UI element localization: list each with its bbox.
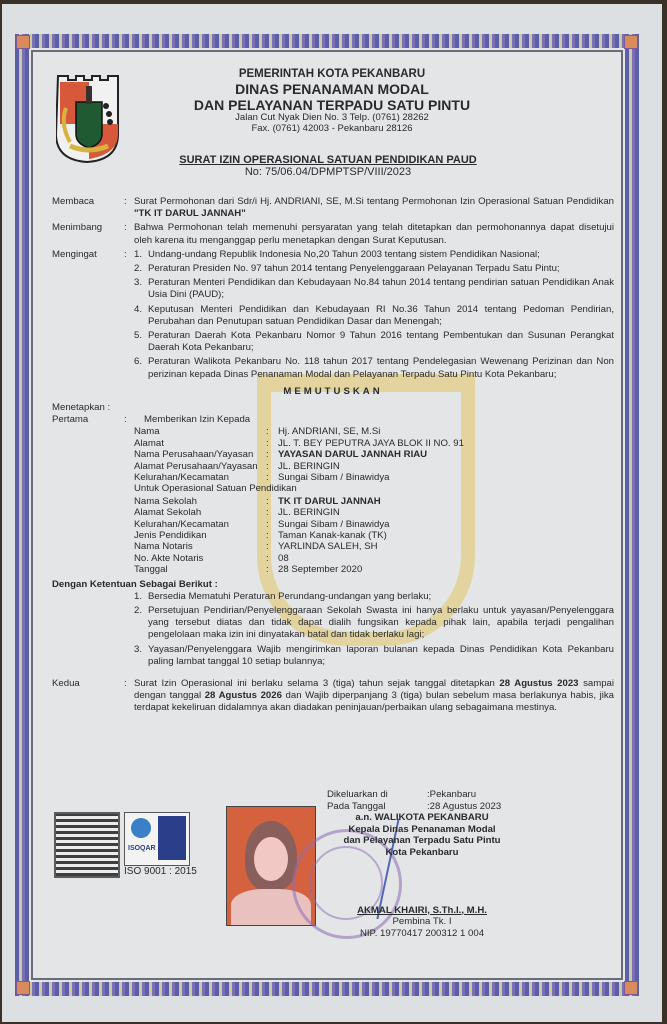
border-corner — [624, 981, 638, 995]
mengingat-item: 2.Peraturan Presiden No. 97 tahun 2014 t… — [134, 263, 614, 275]
field-row: Nama Sekolah:TK IT DARUL JANNAH — [52, 496, 614, 507]
field-row: Alamat Sekolah:JL. BERINGIN — [52, 507, 614, 518]
mengingat-item: 4.Keputusan Menteri Pendidikan dan Kebud… — [134, 304, 614, 328]
letterhead: PEMERINTAH KOTA PEKANBARU DINAS PENANAMA… — [132, 68, 532, 135]
field-row: No. Akte Notaris:08 — [52, 553, 614, 564]
field-row: Nama Perusahaan/Yayasan:YAYASAN DARUL JA… — [52, 449, 614, 460]
dept-name-2: DAN PELAYANAN TERPADU SATU PINTU — [132, 97, 532, 113]
qr-code[interactable] — [54, 812, 120, 878]
dept-name-1: DINAS PENANAMAN MODAL — [132, 81, 532, 97]
school-fields: Nama Sekolah:TK IT DARUL JANNAHAlamat Se… — [52, 496, 614, 576]
field-row: Alamat:JL. T. BEY PEPUTRA JAYA BLOK II N… — [52, 438, 614, 449]
ketentuan-item: 2.Persetujuan Pendirian/Penyelenggaraan … — [134, 605, 614, 642]
membaca-row: Membaca: Surat Permohonan dari Sdr/i Hj.… — [52, 196, 614, 220]
iso-certification-logo: ISOQAR — [124, 812, 190, 866]
memutuskan-heading: MEMUTUSKAN — [52, 386, 614, 398]
menimbang-row: Menimbang: Bahwa Permohonan telah memenu… — [52, 222, 614, 246]
field-row: Jenis Pendidikan:Taman Kanak-kanak (TK) — [52, 530, 614, 541]
field-row: Kelurahan/Kecamatan:Sungai Sibam / Binaw… — [52, 472, 614, 483]
border-corner — [16, 981, 30, 995]
document-title: SURAT IZIN OPERASIONAL SATUAN PENDIDIKAN… — [42, 154, 614, 166]
mengingat-item: 5.Peraturan Daerah Kota Pekanbaru Nomor … — [134, 330, 614, 354]
ketentuan-list: 1.Bersedia Mematuhi Peraturan Perundang-… — [52, 591, 614, 668]
mengingat-list: 1.Undang-undang Republik Indonesia No,20… — [134, 249, 614, 383]
menetapkan-label: Menetapkan : — [52, 402, 614, 414]
field-row: Nama:Hj. ANDRIANI, SE, M.Si — [52, 426, 614, 437]
field-row: Tanggal:28 September 2020 — [52, 564, 614, 575]
ketentuan-item: 3.Yayasan/Penyelenggara Wajib mengirimka… — [134, 644, 614, 668]
mengingat-item: 6.Peraturan Walikota Pekanbaru No. 118 t… — [134, 356, 614, 380]
pertama-row: Pertama: Memberikan Izin Kepada — [52, 414, 614, 426]
isoqar-star-icon — [131, 818, 151, 838]
field-row: Kelurahan/Kecamatan:Sungai Sibam / Binaw… — [52, 519, 614, 530]
document-title-block: SURAT IZIN OPERASIONAL SATUAN PENDIDIKAN… — [42, 154, 614, 178]
mengingat-item: 1.Undang-undang Republik Indonesia No,20… — [134, 249, 614, 261]
ukas-badge-icon — [158, 816, 186, 860]
kedua-row: Kedua: Surat Izin Operasional ini berlak… — [52, 678, 614, 715]
document-paper: PEMERINTAH KOTA PEKANBARU DINAS PENANAMA… — [2, 4, 662, 1022]
ketentuan-heading: Dengan Ketentuan Sebagai Berikut : — [52, 579, 614, 591]
signature-block: Dikeluarkan di: Pekanbaru Pada Tanggal: … — [327, 789, 577, 939]
border-corner — [624, 35, 638, 49]
gov-name: PEMERINTAH KOTA PEKANBARU — [132, 68, 532, 81]
document-number: No: 75/06.04/DPMPTSP/VIII/2023 — [42, 166, 614, 178]
signatory-name: AKMAL KHAIRI, S.Th.I., M.H. — [327, 905, 517, 917]
mengingat-item: 3.Peraturan Menteri Pendidikan dan Kebud… — [134, 277, 614, 301]
fax: Fax. (0761) 42003 - Pekanbaru 28126 — [132, 124, 532, 135]
border-corner — [16, 35, 30, 49]
pekanbaru-coat-of-arms-icon — [56, 72, 122, 164]
ketentuan-item: 1.Bersedia Mematuhi Peraturan Perundang-… — [134, 591, 614, 603]
grantee-fields: Nama:Hj. ANDRIANI, SE, M.SiAlamat:JL. T.… — [52, 426, 614, 483]
mengingat-row: Mengingat: 1.Undang-undang Republik Indo… — [52, 249, 614, 383]
iso-standard: ISO 9001 : 2015 — [124, 866, 197, 877]
field-row: Nama Notaris:YARLINDA SALEH, SH — [52, 541, 614, 552]
field-row: Alamat Perusahaan/Yayasan:JL. BERINGIN — [52, 461, 614, 472]
document-body: Membaca: Surat Permohonan dari Sdr/i Hj.… — [52, 196, 614, 717]
